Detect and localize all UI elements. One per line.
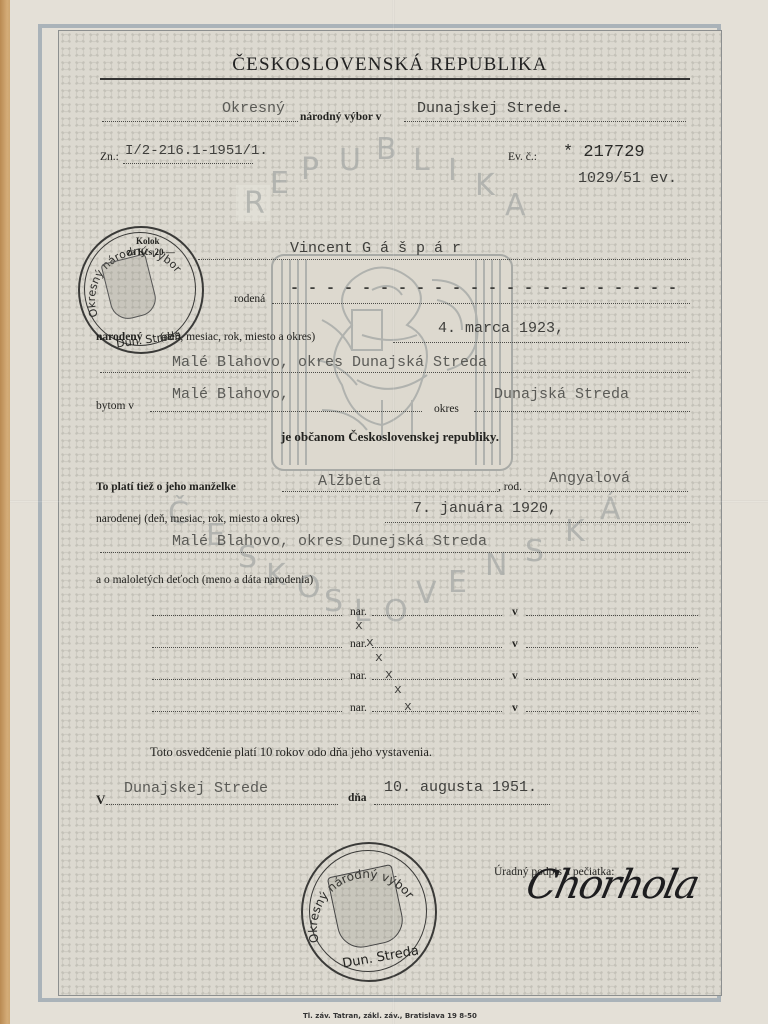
watermark-letter: R [244,186,265,221]
child-place-line [526,711,698,712]
watermark-letter: E [448,565,467,600]
citizenship-statement: je občanom Československej republiky. [60,429,720,445]
district-value: Dunajská Streda [494,386,629,403]
watermark-letter: O [384,594,408,629]
ref-line [123,163,253,164]
born-place-line [100,372,690,373]
vertical-fold-crease [392,0,395,1024]
born-date: 4. marca 1923, [438,320,564,337]
born-line [393,342,689,343]
child-name-line [152,615,342,616]
validity-text: Toto osvedčenie platí 10 rokov odo dňa j… [150,745,432,760]
child-nar-label: nar. [350,670,367,682]
child-nar-label: nar. [350,638,367,650]
spouse-name: Alžbeta [318,473,381,490]
residence-value: Malé Blahovo, [172,386,289,403]
child-v-label: v [512,638,518,650]
spouse-name-line [282,491,498,492]
rodena-line [272,303,690,304]
issue-date: 10. augusta 1951. [384,779,537,796]
child-v-label: v [512,670,518,682]
horizontal-fold-crease [10,500,768,503]
spouse-born-label: narodenej (deň, mesiac, rok, miesto a ok… [96,513,299,525]
rodena-label: rodená [234,293,265,305]
issue-date-line [374,804,550,805]
born-label: narodený [96,331,142,343]
watermark-letter: P [301,152,319,187]
watermark-letter: E [270,166,289,201]
born-hint: (deň, mesiac, rok, miesto a okres) [160,331,315,343]
office-line [102,121,298,122]
issue-place: Dunajskej Strede [124,780,268,797]
born-place: Malé Blahovo, okres Dunajská Streda [172,354,487,371]
watermark-letter: L [413,143,430,178]
cross-mark: x [375,650,383,665]
watermark-letter: K [475,168,495,203]
ref-label: Zn.: [100,151,119,163]
page-title: ČESKOSLOVENSKÁ REPUBLIKA [60,54,720,76]
residence-label: bytom v [96,400,134,412]
child-name-line [152,679,342,680]
spouse-born-place: Malé Blahovo, okres Dunejská Streda [172,533,487,550]
office-place-line [404,121,686,122]
issue-place-line [106,804,338,805]
child-v-label: v [512,702,518,714]
child-place-line [526,679,698,680]
watermark-letter: I [448,153,457,188]
issue-place-label: V [96,792,105,808]
ev-label: Ev. č.: [508,151,537,163]
office-place-typed: Dunajskej Strede. [417,100,570,117]
cross-mark: x [394,682,402,697]
maiden-label: , rod. [498,481,522,493]
maiden-line [528,491,688,492]
child-name-line [152,647,342,648]
holder-name: Vincent G á š p á r [290,240,461,257]
revenue-stamp-value: za Kčs 20.— [127,247,175,257]
watermark-letter: S [324,584,343,619]
ev-number: * 217729 [563,143,645,162]
spouse-born-line [385,522,690,523]
office-typed: Okresný [222,100,285,117]
watermark-letter: U [339,143,361,178]
child-nar-label: nar. [350,606,367,618]
child-place-line [526,615,698,616]
name-line [198,259,690,260]
spouse-label: To platí tiež o jeho manželke [96,481,236,493]
office-label: národný výbor v [300,111,381,123]
district-label: okres [434,403,459,415]
child-v-label: v [512,606,518,618]
ref-number: I/2-216.1-1951/1. [125,143,268,159]
issue-date-label: dňa [348,792,367,804]
child-nar-label: nar. [350,702,367,714]
printer-imprint: Tl. záv. Tatran, zákl. záv., Bratislava … [303,1012,477,1020]
handwritten-signature: Chorhola [522,862,702,908]
child-place-line [526,647,698,648]
children-label: a o maloletých deťoch (meno a dáta narod… [96,574,313,586]
ev-sub-number: 1029/51 ev. [578,170,677,187]
revenue-stamp-label: Kolok [136,236,160,246]
rodena-value: - - - - - - - - - - - - - - - - - - - - … [290,280,677,297]
title-divider [100,78,690,80]
watermark-letter: N [485,548,507,583]
residence-line [150,411,422,412]
child-name-line [152,711,342,712]
maiden-name: Angyalová [549,470,630,487]
watermark-letter: A [505,188,526,223]
watermark-letter: V [416,576,437,611]
watermark-letter: K [565,514,585,549]
spouse-place-line [100,552,690,553]
cross-mark: x [355,618,363,633]
district-line [474,411,690,412]
